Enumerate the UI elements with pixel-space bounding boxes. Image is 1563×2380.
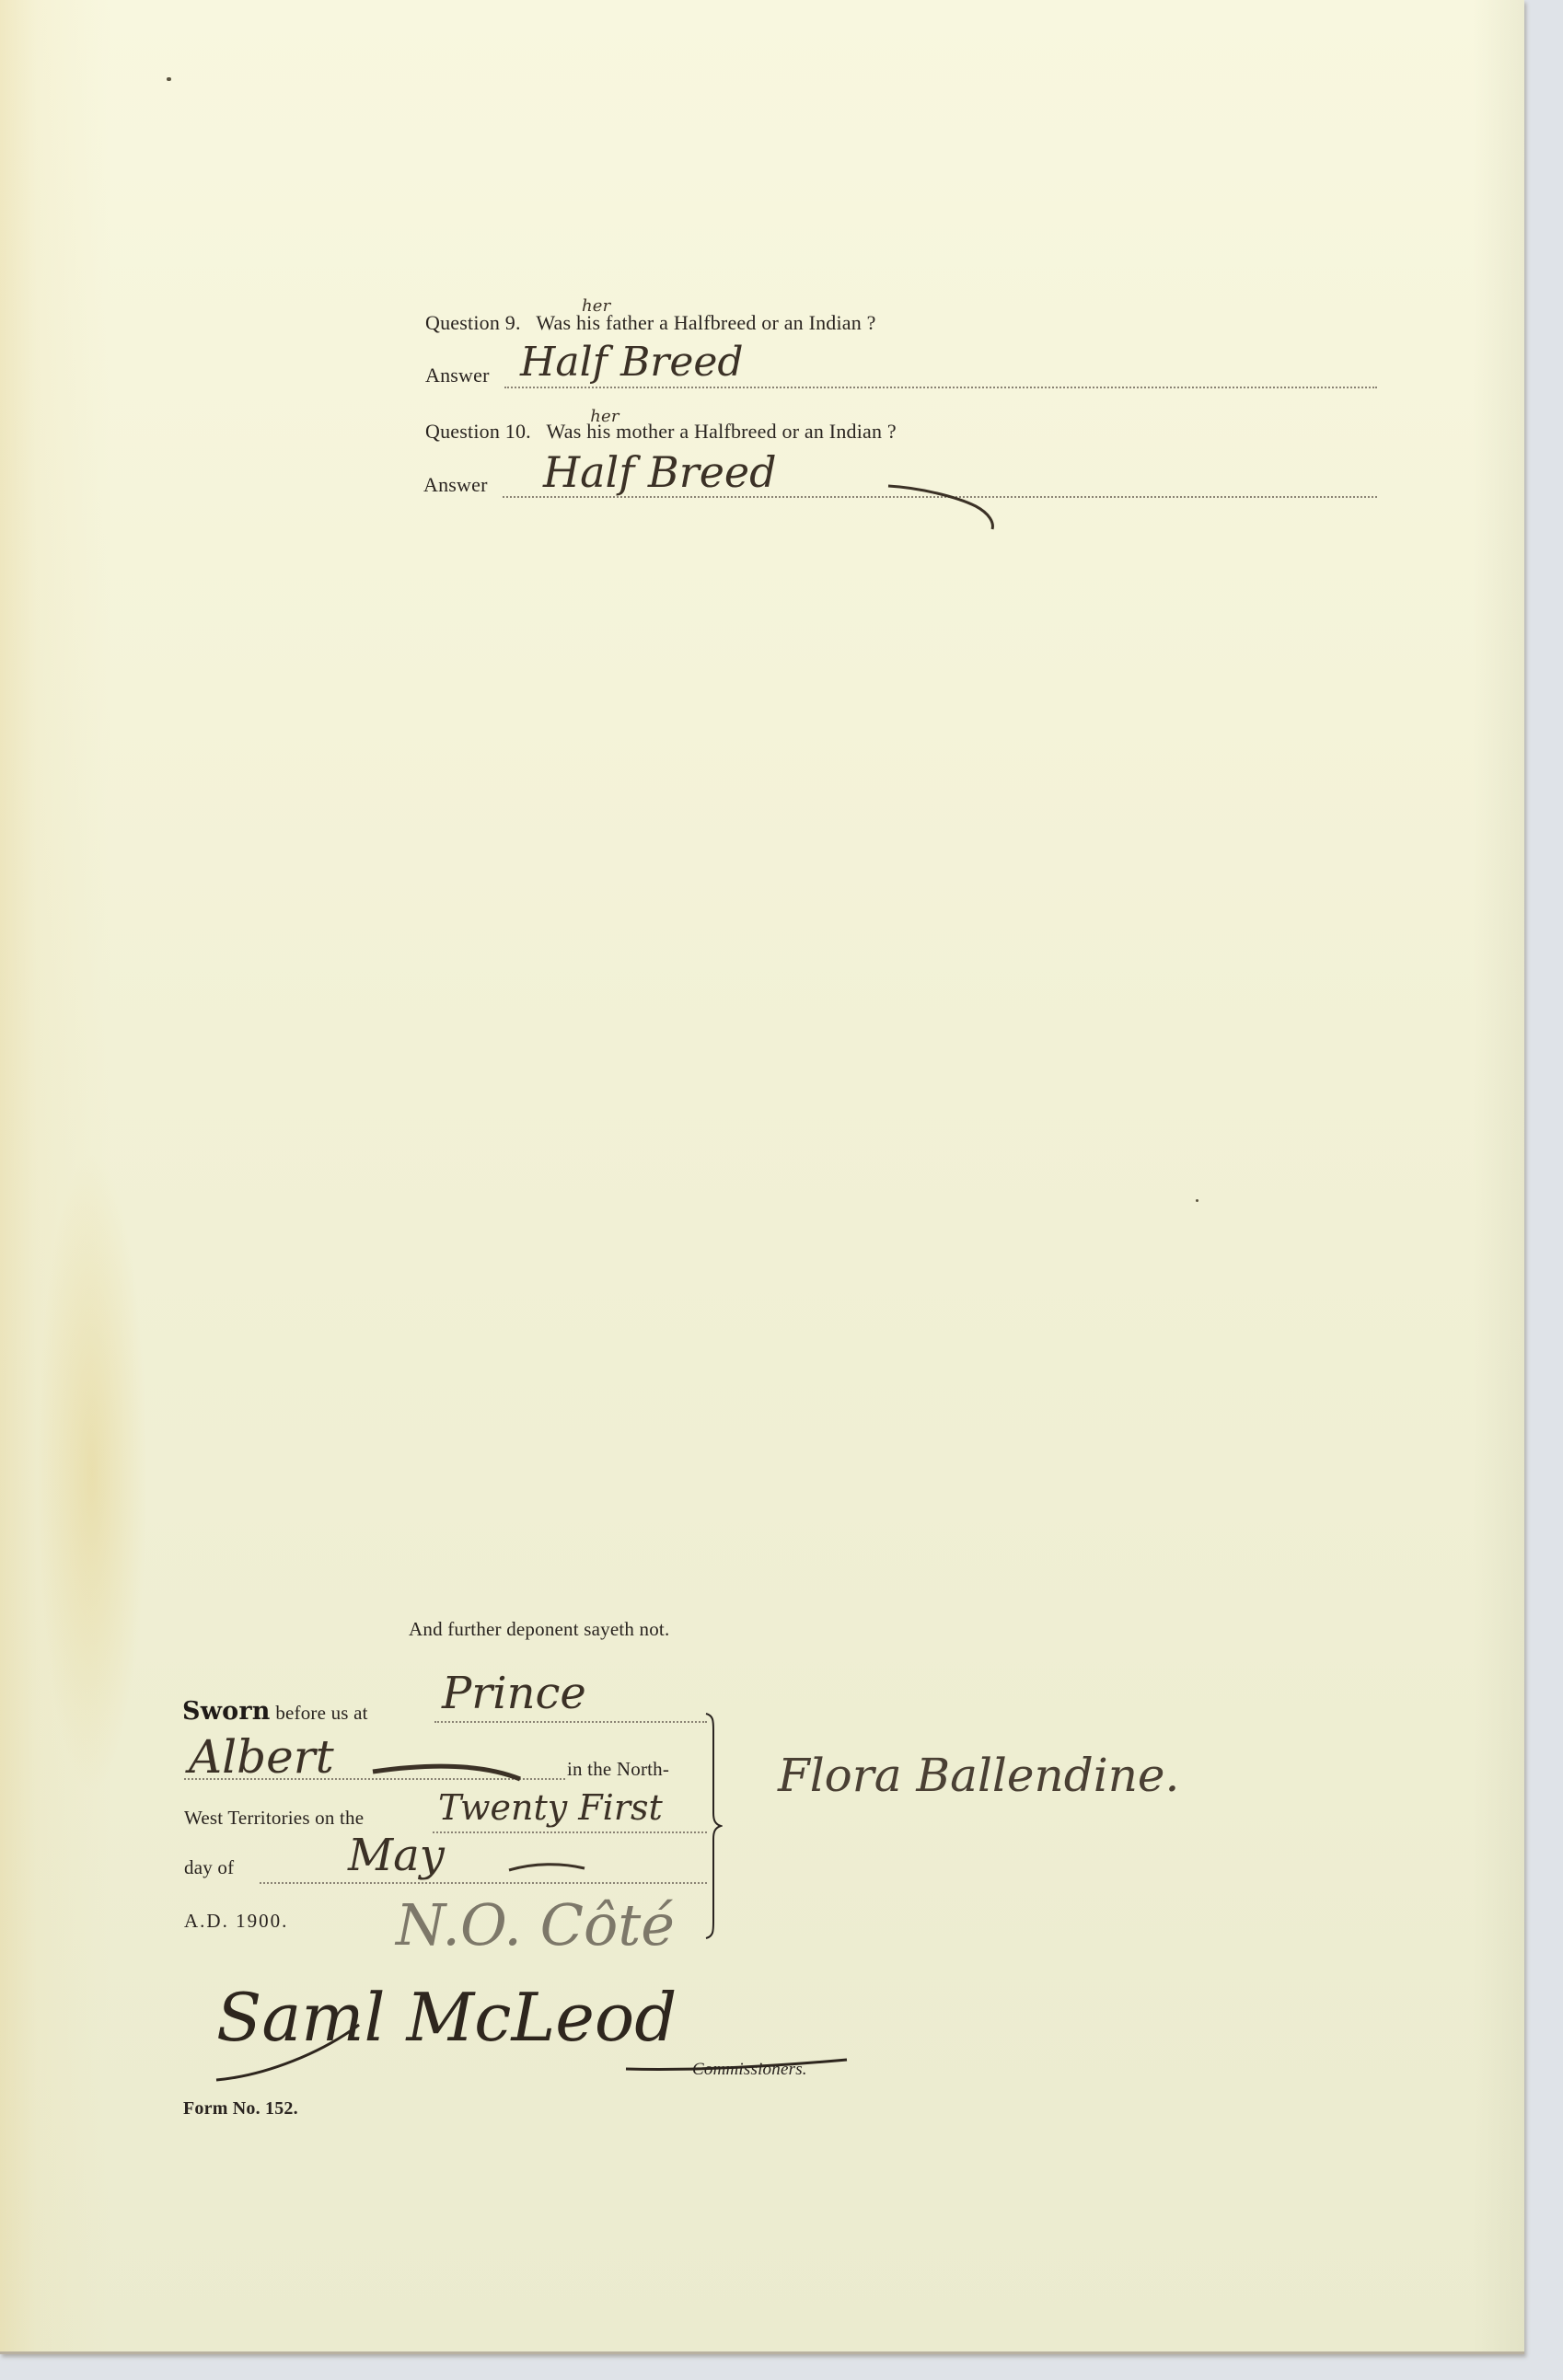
commissioners-label: Commissioners. bbox=[692, 2060, 807, 2080]
brace bbox=[704, 1712, 723, 1940]
month-line bbox=[260, 1882, 707, 1884]
pen-flourish bbox=[368, 1753, 534, 1790]
paper-speck bbox=[1196, 1199, 1198, 1202]
jurat-line-1: Sworn before us at bbox=[182, 1697, 368, 1726]
in-the-north: in the North- bbox=[567, 1758, 669, 1781]
month-handwriting: May bbox=[348, 1830, 445, 1881]
answer-handwriting: Half Breed bbox=[543, 447, 777, 497]
pen-flourish bbox=[884, 479, 1013, 534]
day-handwriting: Twenty First bbox=[438, 1787, 663, 1828]
pen-flourish bbox=[506, 1859, 589, 1877]
handwritten-correction: her bbox=[582, 296, 610, 316]
day-line bbox=[433, 1831, 707, 1833]
place-line bbox=[434, 1721, 707, 1723]
answer-label: Answer bbox=[425, 364, 490, 387]
year: A.D. 1900. bbox=[184, 1910, 288, 1933]
answer-line bbox=[504, 387, 1377, 388]
struck-word: hisher bbox=[576, 311, 600, 334]
place-handwriting-1: Prince bbox=[442, 1668, 586, 1719]
question-text-after: mother a Halfbreed or an Indian ? bbox=[616, 420, 897, 443]
west-territories: West Territories on the bbox=[184, 1807, 364, 1830]
question-label: Question 9. bbox=[425, 311, 521, 334]
question-label: Question 10. bbox=[425, 420, 531, 443]
document-page: Question 9. Was hisher father a Halfbree… bbox=[0, 0, 1524, 2354]
place-handwriting-2: Albert bbox=[189, 1730, 334, 1784]
paper-speck bbox=[167, 77, 171, 81]
form-number: Form No. 152. bbox=[183, 2098, 298, 2120]
question-9: Question 9. Was hisher father a Halfbree… bbox=[425, 311, 876, 335]
closing-statement: And further deponent sayeth not. bbox=[409, 1618, 669, 1641]
deponent-signature: Flora Ballendine. bbox=[778, 1749, 1179, 1802]
answer-handwriting: Half Breed bbox=[520, 339, 744, 386]
day-of: day of bbox=[184, 1856, 234, 1879]
question-text-before: Was bbox=[547, 420, 582, 443]
question-text-after: father a Halfbreed or an Indian ? bbox=[606, 311, 876, 334]
question-text-before: Was bbox=[536, 311, 571, 334]
sworn-word: Sworn bbox=[182, 1697, 271, 1726]
question-10: Question 10. Was hisher mother a Halfbre… bbox=[425, 420, 897, 444]
struck-word: hisher bbox=[586, 420, 610, 443]
commissioner-signature-1: N.O. Côté bbox=[396, 1891, 675, 1958]
paper-stain bbox=[37, 1150, 147, 1795]
handwritten-correction: her bbox=[590, 407, 619, 426]
answer-label: Answer bbox=[423, 473, 488, 497]
before-us-at: before us at bbox=[275, 1702, 367, 1724]
